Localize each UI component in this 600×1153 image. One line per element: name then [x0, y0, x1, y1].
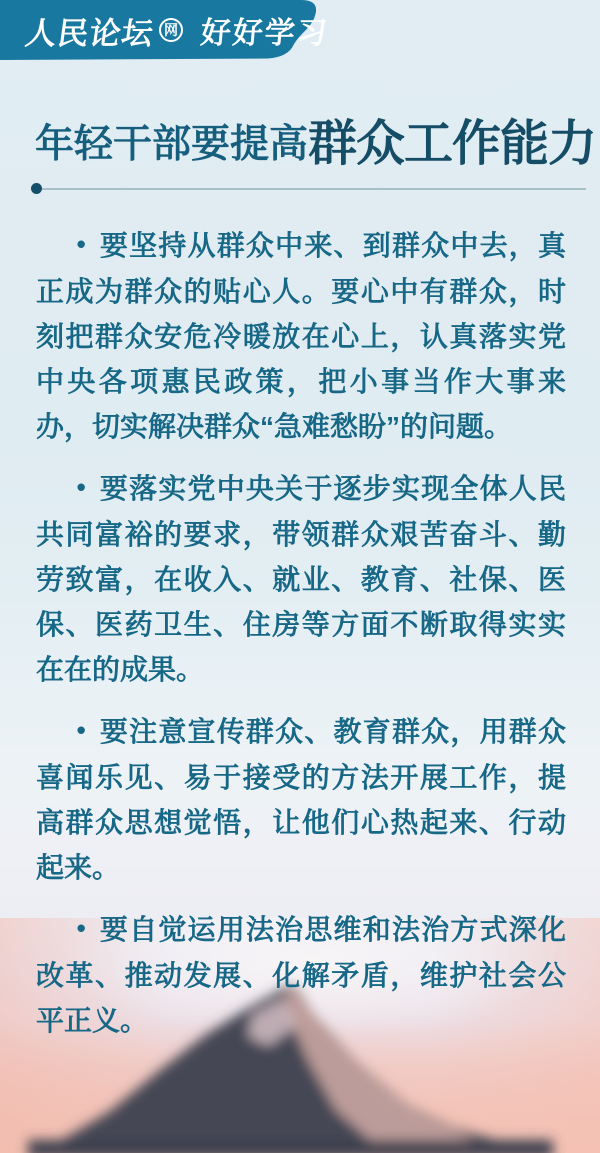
foreground-ridge — [28, 1140, 553, 1153]
slogan-haohao-xuexi: 好好学习 — [199, 8, 331, 52]
header-banner: 人民论坛 网 好好学习 — [0, 0, 340, 63]
paragraph-text: 要注意宣传群众、教育群众，用群众喜闻乐见、易于接受的方法开展工作，提高群众思想觉… — [36, 716, 566, 883]
divider-dot — [31, 183, 42, 194]
paragraph-text: 要落实党中央关于逐步实现全体人民共同富裕的要求，带领群众艰苦奋斗、勤劳致富，在收… — [36, 473, 566, 685]
bullet-paragraph: •要自觉运用法治思维和法治方式深化改革、推动发展、化解矛盾，维护社会公平正义。 — [36, 907, 566, 1043]
bullet-dot: • — [77, 222, 86, 267]
divider-line — [42, 188, 586, 190]
title-emphasis: 群众工作能力 — [308, 116, 596, 171]
paragraph-text: 要自觉运用法治思维和法治方式深化改革、推动发展、化解矛盾，维护社会公平正义。 — [36, 914, 566, 1036]
paragraph-text: 要坚持从群众中来、到群众中去，真正成为群众的贴心人。要心中有群众，时刻把群众安危… — [36, 230, 566, 442]
title-prefix: 年轻干部要提高 — [35, 123, 308, 166]
bullet-paragraph: •要落实党中央关于逐步实现全体人民共同富裕的要求，带领群众艰苦奋斗、勤劳致富，在… — [36, 466, 566, 692]
page-title: 年轻干部要提高群众工作能力 — [35, 119, 574, 168]
bullet-dot: • — [77, 465, 86, 510]
poster-page: 人民论坛 网 好好学习 年轻干部要提高群众工作能力 •要坚持从群众中来、到群众中… — [0, 0, 600, 1153]
title-divider — [31, 183, 586, 194]
bullet-dot: • — [77, 906, 86, 951]
bullet-paragraph: •要注意宣传群众、教育群众，用群众喜闻乐见、易于接受的方法开展工作，提高群众思想… — [36, 709, 566, 890]
banner-content: 人民论坛 网 好好学习 — [26, 0, 329, 60]
body-text: •要坚持从群众中来、到群众中去，真正成为群众的贴心人。要心中有群众，时刻把群众安… — [0, 223, 600, 1043]
bullet-paragraph: •要坚持从群众中来、到群众中去，真正成为群众的贴心人。要心中有群众，时刻把群众安… — [36, 223, 566, 449]
logo-renmin-luntan: 人民论坛 — [23, 8, 157, 53]
logo-net-badge-icon: 网 — [159, 18, 183, 42]
bullet-dot: • — [77, 708, 86, 753]
